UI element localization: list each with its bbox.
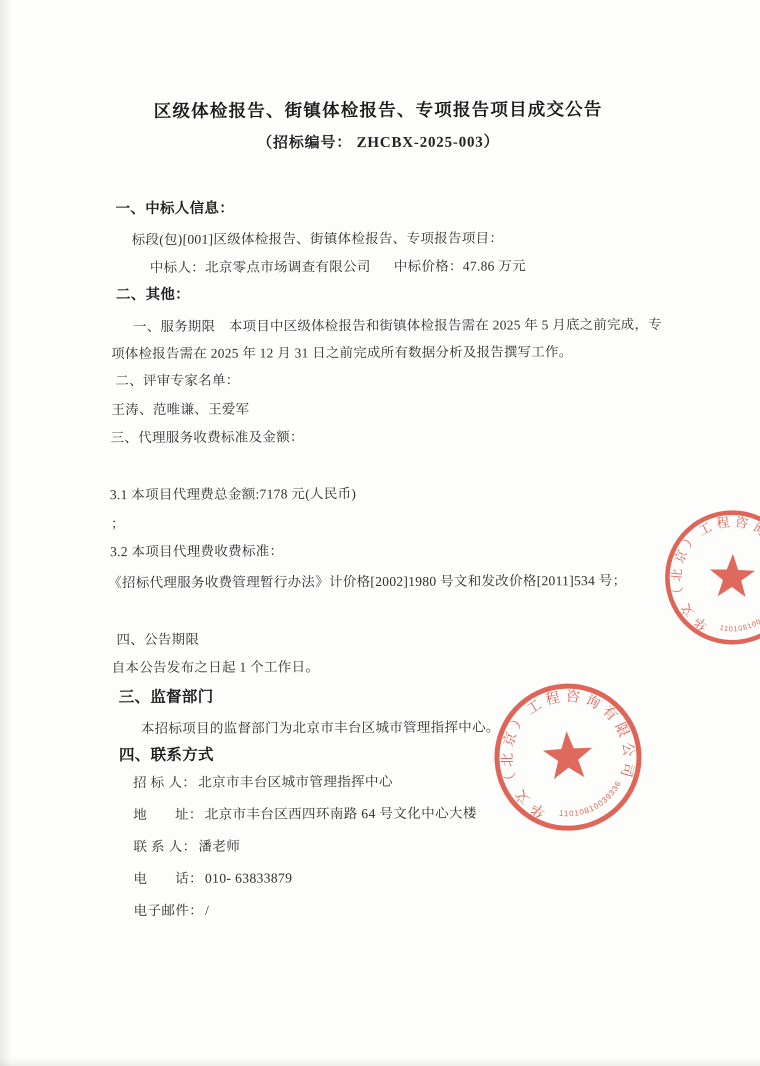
winner-price: 中标价格：47.86 万元 — [394, 254, 526, 275]
scanned-document-page: 区级体检报告、街镇体检报告、专项报告项目成交公告 （招标编号： ZHCBX-20… — [0, 0, 760, 1066]
contact-label: 联 系 人： — [133, 839, 196, 854]
contact-value: / — [205, 903, 209, 918]
tender-number: （招标编号： ZHCBX-2025-003） — [0, 129, 758, 153]
contact-label: 招 标 人： — [133, 775, 196, 790]
contact-row-person: 联 系 人：潘老师 — [133, 835, 240, 855]
contact-value: 潘老师 — [198, 839, 240, 854]
contact-row-address: 地 址：北京市丰台区西四环南路 64 号文化中心大楼 — [133, 802, 477, 823]
contact-label: 电 话： — [133, 871, 203, 886]
winner-row: 中标人：北京零点市场调查有限公司 中标价格：47.86 万元 — [0, 253, 759, 256]
winner-info-heading: 一、中标人信息： — [116, 197, 234, 219]
contact-value: 北京市丰台区西四环南路 64 号文化中心大楼 — [205, 806, 477, 822]
seal-graphic: 华文（北京）工程咨询有限公司 11010810039336 — [484, 673, 653, 842]
contact-value: 北京市丰台区城市管理指挥中心 — [198, 774, 393, 790]
other-heading: 二、其他： — [116, 283, 190, 304]
contact-heading: 四、联系方式 — [119, 743, 214, 765]
supervision-heading: 三、监督部门 — [119, 685, 214, 707]
agency-fee-total: 3.1 本项目代理费总金额:7178 元(人民币) — [110, 482, 356, 503]
lot-line: 标段(包)[001]区级体检报告、街镇体检报告、专项报告项目： — [131, 226, 503, 248]
notice-period-text: 自本公告发布之日起 1 个工作日。 — [112, 655, 320, 676]
agency-fee-heading: 三、代理服务收费标准及金额： — [111, 425, 304, 446]
agency-fee-basis: 《招标代理服务收费管理暂行办法》计价格[2002]1980 号文和发改价格[20… — [108, 569, 626, 591]
experts-heading: 二、评审专家名单： — [115, 369, 239, 390]
experts-names: 王涛、范唯谦、王爱军 — [111, 398, 249, 419]
seal-registration-number: 11010810039336 — [719, 599, 760, 635]
contact-value: 010- 63833879 — [205, 870, 292, 885]
contact-row-phone: 电 话：010- 63833879 — [133, 866, 292, 887]
page-title: 区级体检报告、街镇体检报告、专项报告项目成交公告 — [0, 95, 758, 123]
seal-graphic: 华文（北京）工程咨询有限公司 11010810039336 — [657, 502, 760, 652]
notice-period-heading: 四、公告期限 — [116, 628, 199, 648]
supervision-text: 本招标项目的监督部门为北京市丰台区城市管理指挥中心。 — [141, 715, 500, 737]
agency-fee-standard: 3.2 本项目代理费收费标准： — [110, 539, 283, 560]
winner-name: 中标人：北京零点市场调查有限公司 — [150, 255, 371, 276]
contact-row-email: 电子邮件：/ — [134, 899, 210, 919]
contact-label: 电子邮件： — [134, 903, 204, 918]
contact-label: 地 址： — [133, 807, 203, 822]
service-period-paragraph: 一、服务期限 本项目中区级体检报告和街镇体检报告需在 2025 年 5 月底之前… — [111, 311, 667, 367]
contact-row-bidder: 招 标 人：北京市丰台区城市管理指挥中心 — [133, 770, 393, 791]
star-icon — [542, 730, 594, 780]
document-content: 区级体检报告、街镇体检报告、专项报告项目成交公告 （招标编号： ZHCBX-20… — [0, 0, 760, 1066]
star-icon — [709, 553, 755, 597]
company-seal-upper: 华文（北京）工程咨询有限公司 11010810039336 — [657, 502, 760, 652]
company-seal-lower: 华文（北京）工程咨询有限公司 11010810039336 — [484, 673, 653, 842]
agency-fee-separator: ； — [111, 512, 125, 532]
